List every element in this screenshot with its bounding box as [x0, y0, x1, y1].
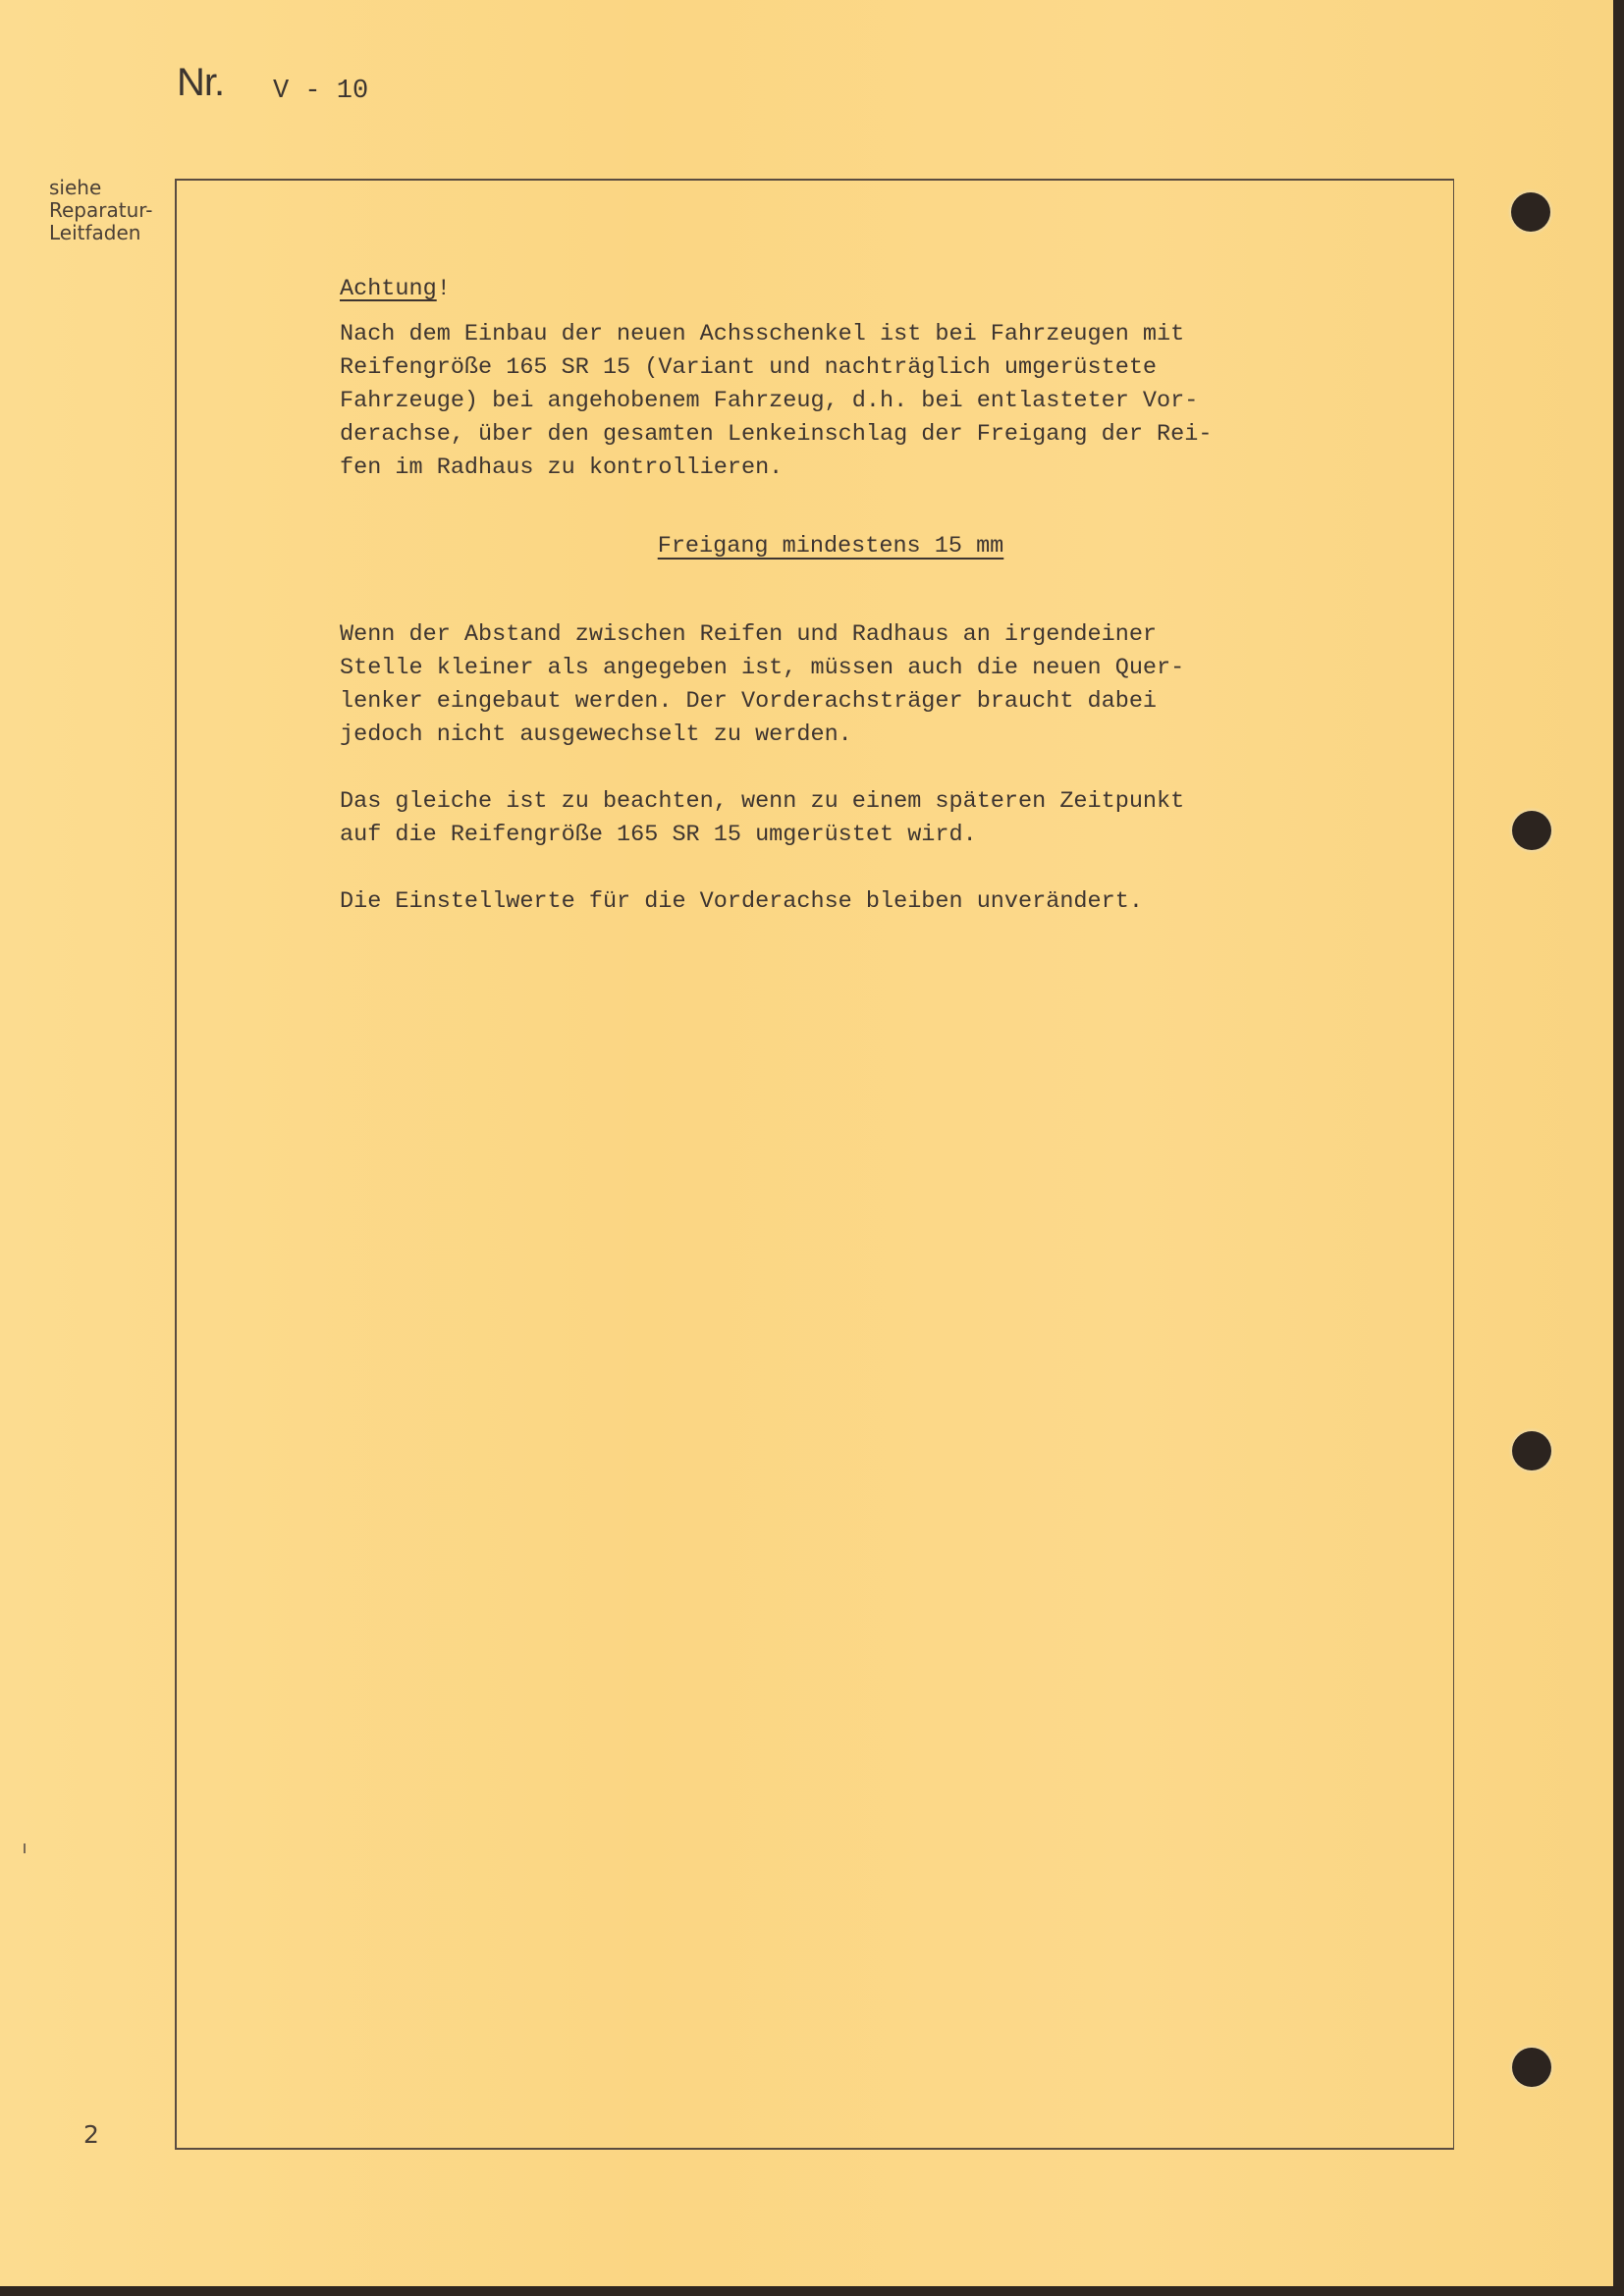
paragraph-control-arm: Wenn der Abstand zwischen Reifen und Rad… — [340, 618, 1380, 752]
text-line: Stelle kleiner als angegeben ist, müssen… — [340, 652, 1380, 685]
margin-mark — [24, 1843, 26, 1853]
text-line: fen im Radhaus zu kontrollieren. — [340, 452, 1380, 485]
paragraph-alignment-values: Die Einstellwerte für die Vorderachse bl… — [340, 885, 1380, 919]
text-line: lenker eingebaut werden. Der Vorderachst… — [340, 685, 1380, 719]
warning-heading-punct: ! — [437, 276, 451, 302]
text-line: Nach dem Einbau der neuen Achsschenkel i… — [340, 318, 1380, 351]
side-note-line: Reparatur- — [49, 199, 152, 222]
paragraph-later-conversion: Das gleiche ist zu beachten, wenn zu ein… — [340, 785, 1380, 852]
side-note-line: siehe — [49, 177, 152, 199]
punch-hole-icon — [1512, 1431, 1551, 1470]
text-line: auf die Reifengröße 165 SR 15 umgerüstet… — [340, 819, 1380, 852]
warning-heading: Achtung! — [340, 273, 1380, 306]
bulletin-body: Achtung! Nach dem Einbau der neuen Achss… — [340, 273, 1380, 919]
warning-heading-text: Achtung — [340, 276, 437, 302]
paragraph-inspection: Nach dem Einbau der neuen Achsschenkel i… — [340, 318, 1380, 485]
side-reference-note: siehe Reparatur- Leitfaden — [49, 177, 152, 244]
text-line: Wenn der Abstand zwischen Reifen und Rad… — [340, 618, 1380, 652]
text-line: jedoch nicht ausgewechselt zu werden. — [340, 719, 1380, 752]
text-line: Die Einstellwerte für die Vorderachse bl… — [340, 885, 1380, 919]
document-number-value: V - 10 — [273, 77, 368, 106]
document-page: Nr. V - 10 siehe Reparatur- Leitfaden Ac… — [0, 0, 1613, 2286]
text-line: Das gleiche ist zu beachten, wenn zu ein… — [340, 785, 1380, 819]
side-note-line: Leitfaden — [49, 222, 152, 244]
document-number-label: Nr. — [177, 61, 224, 105]
clearance-requirement: Freigang mindestens 15 mm — [340, 530, 1322, 563]
page-number: 2 — [83, 2120, 99, 2149]
clearance-requirement-text: Freigang mindestens 15 mm — [658, 533, 1004, 560]
punch-hole-icon — [1512, 2048, 1551, 2087]
punch-hole-icon — [1511, 192, 1550, 232]
text-line: Fahrzeuge) bei angehobenem Fahrzeug, d.h… — [340, 385, 1380, 418]
text-line: Reifengröße 165 SR 15 (Variant und nacht… — [340, 351, 1380, 385]
punch-hole-icon — [1512, 811, 1551, 850]
text-line: derachse, über den gesamten Lenkeinschla… — [340, 418, 1380, 452]
